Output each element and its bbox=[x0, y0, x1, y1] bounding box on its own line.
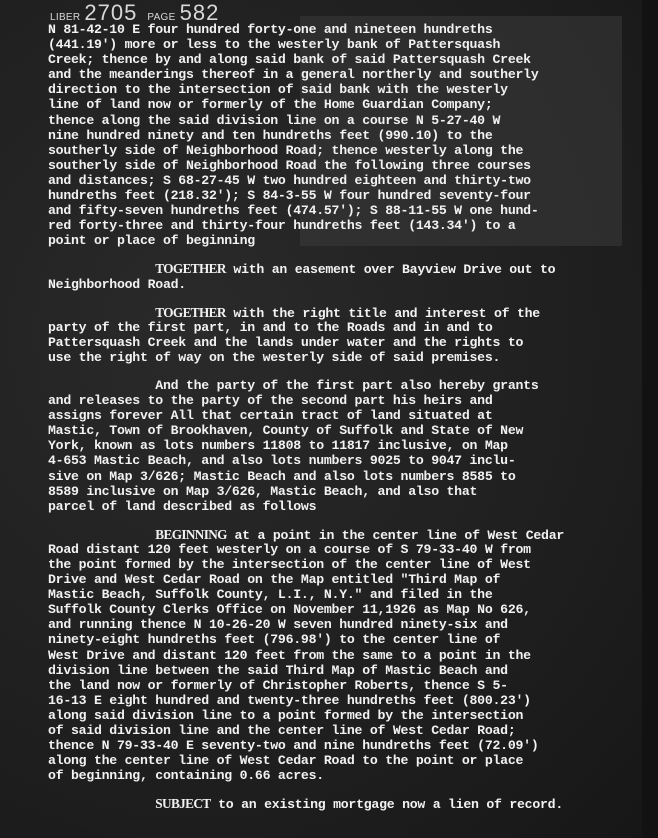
text-line: red forty-three and thirty-four hundreth… bbox=[48, 218, 628, 233]
text-line: division line between the said Third Map… bbox=[48, 663, 628, 678]
text-line: sive on Map 3/626; Mastic Beach and also… bbox=[48, 469, 628, 484]
paragraph-gap bbox=[48, 292, 628, 305]
text-line: Road distant 120 feet westerly on a cour… bbox=[48, 542, 628, 557]
paragraph-gap bbox=[48, 248, 628, 261]
line-text: the point formed by the intersection of … bbox=[48, 557, 531, 572]
line-text: Pattersquash Creek and the lands under w… bbox=[48, 335, 523, 350]
line-text: and fifty-seven hundreths feet (474.57')… bbox=[48, 203, 538, 218]
text-line: TOGETHER with the right title and intere… bbox=[48, 305, 628, 320]
paragraph-description-continued: N 81-42-10 E four hundred forty-one and … bbox=[48, 22, 628, 248]
line-text: ninety-eight hundreths feet (796.98') to… bbox=[48, 632, 500, 647]
text-line: southerly side of Neighborhood Road the … bbox=[48, 158, 628, 173]
text-line: 4-653 Mastic Beach, and also lots number… bbox=[48, 453, 628, 468]
line-text: with an easement over Bayview Drive out … bbox=[226, 262, 556, 277]
line-text: point or place of beginning bbox=[48, 233, 255, 248]
line-text: Suffolk County Clerks Office on November… bbox=[48, 602, 531, 617]
text-line: ninety-eight hundreths feet (796.98') to… bbox=[48, 632, 628, 647]
line-text: Creek; thence by and along said bank of … bbox=[48, 52, 531, 67]
line-text: of said division line and the center lin… bbox=[48, 723, 516, 738]
text-line: point or place of beginning bbox=[48, 233, 628, 248]
text-line: thence along the said division line on a… bbox=[48, 113, 628, 128]
text-line: thence N 79-33-40 E seventy-two and nine… bbox=[48, 738, 628, 753]
text-line: and running thence N 10-26-20 W seven hu… bbox=[48, 617, 628, 632]
paragraph-gap bbox=[48, 365, 628, 378]
scanned-deed-page: LIBER 2705 PAGE 582 N 81-42-10 E four hu… bbox=[0, 0, 658, 838]
line-text: assigns forever All that certain tract o… bbox=[48, 408, 493, 423]
text-line: and fifty-seven hundreths feet (474.57')… bbox=[48, 203, 628, 218]
paragraph-gap bbox=[48, 514, 628, 527]
line-text: along the center line of West Cedar Road… bbox=[48, 753, 523, 768]
page-edge bbox=[642, 0, 658, 838]
text-line: 16-13 E eight hundred and twenty-three h… bbox=[48, 693, 628, 708]
text-line: direction to the intersection of said ba… bbox=[48, 82, 628, 97]
text-line: parcel of land described as follows bbox=[48, 499, 628, 514]
line-text: 8589 inclusive on Map 3/626, Mastic Beac… bbox=[48, 484, 477, 499]
paragraph-together-easement: TOGETHER with an easement over Bayview D… bbox=[48, 261, 628, 291]
line-text: N 81-42-10 E four hundred forty-one and … bbox=[48, 22, 493, 37]
line-text: West Drive and distant 120 feet from the… bbox=[48, 648, 531, 663]
text-line: and the meanderings thereof in a general… bbox=[48, 67, 628, 82]
text-line: 8589 inclusive on Map 3/626, Mastic Beac… bbox=[48, 484, 628, 499]
paragraph-grant: And the party of the first part also her… bbox=[48, 378, 628, 514]
paragraph-gap bbox=[48, 783, 628, 796]
line-text: Drive and West Cedar Road on the Map ent… bbox=[48, 572, 500, 587]
text-line: (441.19') more or less to the westerly b… bbox=[48, 37, 628, 52]
line-text: southerly side of Neighborhood Road; the… bbox=[48, 143, 523, 158]
text-line: nine hundred ninety and ten hundreths fe… bbox=[48, 128, 628, 143]
paragraph-lead-word: TOGETHER bbox=[155, 305, 225, 320]
text-line: Creek; thence by and along said bank of … bbox=[48, 52, 628, 67]
text-line: TOGETHER with an easement over Bayview D… bbox=[48, 261, 628, 276]
line-text: nine hundred ninety and ten hundreths fe… bbox=[48, 128, 493, 143]
text-line: Suffolk County Clerks Office on November… bbox=[48, 602, 628, 617]
text-line: Neighborhood Road. bbox=[48, 277, 628, 292]
line-text: southerly side of Neighborhood Road the … bbox=[48, 158, 531, 173]
line-text: York, known as lots numbers 11808 to 118… bbox=[48, 438, 508, 453]
line-text: division line between the said Third Map… bbox=[48, 663, 508, 678]
line-text: 16-13 E eight hundred and twenty-three h… bbox=[48, 693, 531, 708]
text-line: of said division line and the center lin… bbox=[48, 723, 628, 738]
text-line: Mastic, Town of Brookhaven, County of Su… bbox=[48, 423, 628, 438]
line-text: red forty-three and thirty-four hundreth… bbox=[48, 218, 516, 233]
liber-page-stamp: LIBER 2705 PAGE 582 bbox=[50, 0, 219, 24]
text-line: BEGINNING at a point in the center line … bbox=[48, 527, 628, 542]
paragraph-beginning: BEGINNING at a point in the center line … bbox=[48, 527, 628, 784]
text-line: the land now or formerly of Christopher … bbox=[48, 678, 628, 693]
text-line: assigns forever All that certain tract o… bbox=[48, 408, 628, 423]
text-line: Pattersquash Creek and the lands under w… bbox=[48, 335, 628, 350]
line-text: and running thence N 10-26-20 W seven hu… bbox=[48, 617, 508, 632]
text-line: of beginning, containing 0.66 acres. bbox=[48, 768, 628, 783]
line-text: Neighborhood Road. bbox=[48, 277, 186, 292]
text-line: use the right of way on the westerly sid… bbox=[48, 350, 628, 365]
line-text: (441.19') more or less to the westerly b… bbox=[48, 37, 500, 52]
line-text: thence N 79-33-40 E seventy-two and nine… bbox=[48, 738, 538, 753]
paragraph-lead-word: BEGINNING bbox=[155, 527, 227, 542]
text-line: and releases to the party of the second … bbox=[48, 393, 628, 408]
text-line: and distances; S 68-27-45 W two hundred … bbox=[48, 173, 628, 188]
line-text: sive on Map 3/626; Mastic Beach and also… bbox=[48, 469, 516, 484]
text-line: southerly side of Neighborhood Road; the… bbox=[48, 143, 628, 158]
text-line: along said division line to a point form… bbox=[48, 708, 628, 723]
text-line: hundreths feet (218.32'); S 84-3-55 W fo… bbox=[48, 188, 628, 203]
line-text: and releases to the party of the second … bbox=[48, 393, 493, 408]
line-text: 4-653 Mastic Beach, and also lots number… bbox=[48, 453, 516, 468]
text-line: York, known as lots numbers 11808 to 118… bbox=[48, 438, 628, 453]
text-line: along the center line of West Cedar Road… bbox=[48, 753, 628, 768]
line-text: And the party of the first part also her… bbox=[155, 378, 538, 393]
paragraph-subject: SUBJECT to an existing mortgage now a li… bbox=[48, 796, 628, 811]
line-text: along said division line to a point form… bbox=[48, 708, 523, 723]
line-text: line of land now or formerly of the Home… bbox=[48, 97, 493, 112]
line-text: parcel of land described as follows bbox=[48, 499, 316, 514]
line-text: use the right of way on the westerly sid… bbox=[48, 350, 500, 365]
paragraph-together-rights: TOGETHER with the right title and intere… bbox=[48, 305, 628, 365]
line-text: the land now or formerly of Christopher … bbox=[48, 678, 508, 693]
line-text: Mastic Beach, Suffolk County, L.I., N.Y.… bbox=[48, 587, 493, 602]
text-line: SUBJECT to an existing mortgage now a li… bbox=[48, 796, 628, 811]
line-text: with the right title and interest of the bbox=[226, 306, 540, 321]
line-text: party of the first part, in and to the R… bbox=[48, 320, 493, 335]
text-line: West Drive and distant 120 feet from the… bbox=[48, 648, 628, 663]
text-line: And the party of the first part also her… bbox=[48, 378, 628, 393]
text-line: line of land now or formerly of the Home… bbox=[48, 97, 628, 112]
line-text: thence along the said division line on a… bbox=[48, 113, 500, 128]
line-text: and distances; S 68-27-45 W two hundred … bbox=[48, 173, 531, 188]
paragraph-lead-word: SUBJECT bbox=[155, 796, 210, 811]
line-text: and the meanderings thereof in a general… bbox=[48, 67, 538, 82]
text-line: N 81-42-10 E four hundred forty-one and … bbox=[48, 22, 628, 37]
text-line: Drive and West Cedar Road on the Map ent… bbox=[48, 572, 628, 587]
line-text: hundreths feet (218.32'); S 84-3-55 W fo… bbox=[48, 188, 531, 203]
line-text: Mastic, Town of Brookhaven, County of Su… bbox=[48, 423, 523, 438]
text-line: the point formed by the intersection of … bbox=[48, 557, 628, 572]
deed-text: N 81-42-10 E four hundred forty-one and … bbox=[48, 22, 628, 812]
paragraph-lead-word: TOGETHER bbox=[155, 261, 225, 276]
text-line: Mastic Beach, Suffolk County, L.I., N.Y.… bbox=[48, 587, 628, 602]
text-line: party of the first part, in and to the R… bbox=[48, 320, 628, 335]
line-text: at a point in the center line of West Ce… bbox=[227, 528, 564, 543]
line-text: direction to the intersection of said ba… bbox=[48, 82, 508, 97]
line-text: to an existing mortgage now a lien of re… bbox=[210, 797, 563, 812]
line-text: of beginning, containing 0.66 acres. bbox=[48, 768, 324, 783]
line-text: Road distant 120 feet westerly on a cour… bbox=[48, 542, 531, 557]
